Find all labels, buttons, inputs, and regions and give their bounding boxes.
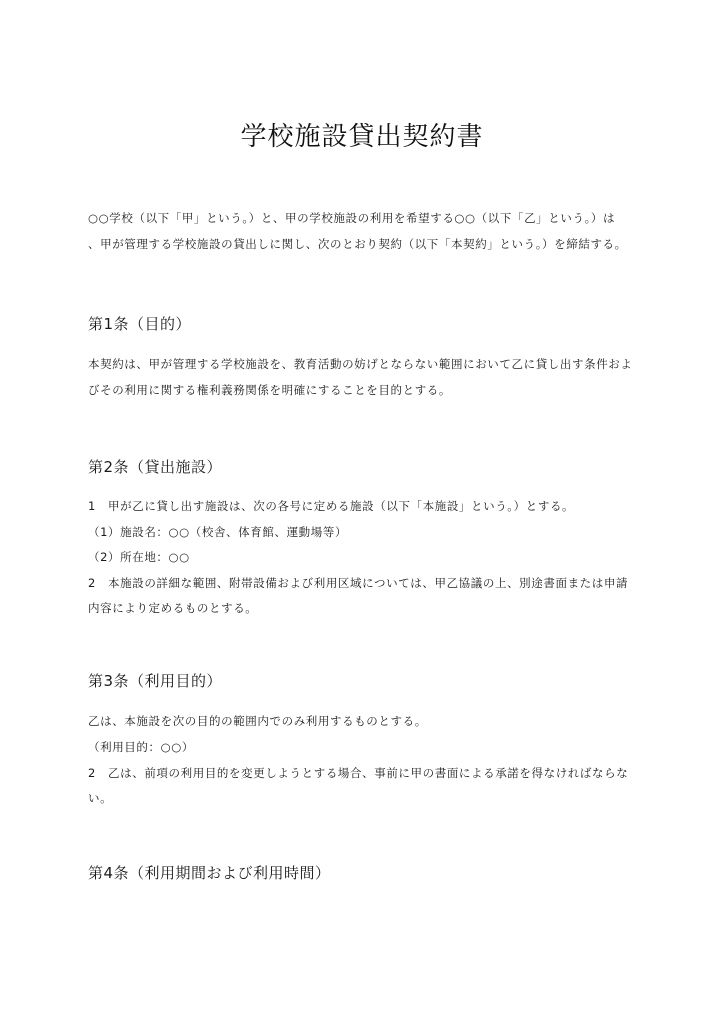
article-4-heading: 第4条（利用期間および利用時間） [88,862,331,883]
article-1-heading: 第1条（目的） [88,313,191,334]
article-2-line-4: 2 本施設の詳細な範囲、附帯設備および利用区域については、甲乙協議の上、別途書面… [88,575,628,591]
article-2-line-3: （2）所在地：○○ [88,549,190,565]
article-3-line-1: 乙は、本施設を次の目的の範囲内でのみ利用するものとする。 [88,713,427,729]
document-title: 学校施設貸出契約書 [0,116,724,153]
article-2-heading: 第2条（貸出施設） [88,456,222,477]
preamble-line-2: 、甲が管理する学校施設の貸出しに関し、次のとおり契約（以下「本契約」という。）を… [88,236,627,252]
document-page: 学校施設貸出契約書 ○○学校（以下「甲」という。）と、甲の学校施設の利用を希望す… [0,0,724,1024]
article-3-line-4: い。 [88,790,112,806]
article-2-line-1: 1 甲が乙に貸し出す施設は、次の各号に定める施設（以下「本施設」という。）とする… [88,498,574,514]
article-1-line-1: 本契約は、甲が管理する学校施設を、教育活動の妨げとならない範囲において乙に貸し出… [88,356,633,372]
article-3-line-3: 2 乙は、前項の利用目的を変更しようとする場合、事前に甲の書面による承諾を得なけ… [88,765,628,781]
article-3-line-2: （利用目的：○○） [88,739,194,755]
preamble-line-1: ○○学校（以下「甲」という。）と、甲の学校施設の利用を希望する○○（以下「乙」と… [88,210,615,226]
article-3-heading: 第3条（利用目的） [88,670,222,691]
article-2-line-5: 内容により定めるものとする。 [88,600,257,616]
article-1-line-2: びその利用に関する権利義務関係を明確にすることを目的とする。 [88,382,451,398]
article-2-line-2: （1）施設名：○○（校舎、体育館、運動場等） [88,524,347,540]
